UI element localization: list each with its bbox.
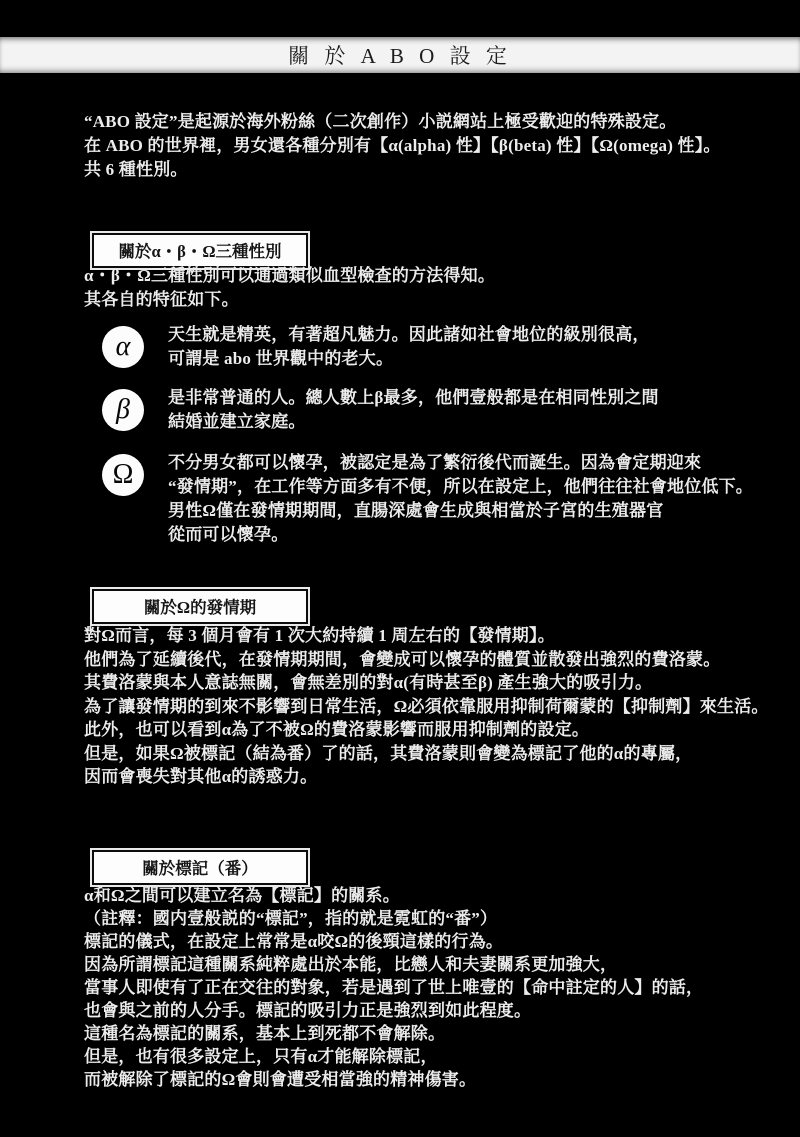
body-line: 為了讓發情期的到來不影響到日常生活，Ω必須依靠服用抑制荷爾蒙的【抑制劑】來生活。: [84, 695, 769, 719]
body-line: 但是，如果Ω被標記（結為番）了的話，其費洛蒙則會變為標記了他的α的專屬，: [84, 742, 769, 766]
body-line: 結婚並建立家庭。: [168, 410, 659, 434]
body-line: 可謂是 abo 世界觀中的老大。: [168, 347, 650, 371]
page-title: 關 於 A B O 設 定: [288, 40, 512, 70]
body-line: 男性Ω僅在發情期期間，直腸深處會生成與相當於子宮的生殖器官: [168, 499, 753, 523]
body-line: 這種名為標記的關系，基本上到死都不會解除。: [84, 1022, 703, 1045]
body-line: 但是，也有很多設定上，只有α才能解除標記，: [84, 1045, 703, 1068]
entry-beta: β 是非常普通的人。總人數上β最多，他們壹般都是在相同性別之間 結婚並建立家庭。: [102, 386, 753, 434]
body-line: 不分男女都可以懷孕，被認定是為了繁衍後代而誕生。因為會定期迎來: [168, 451, 753, 475]
body-line: α和Ω之間可以建立名為【標記】的關系。: [84, 884, 703, 907]
body-line: 天生就是精英，有著超凡魅力。因此諸如社會地位的級別很高，: [168, 323, 650, 347]
body-line: 是非常普通的人。總人數上β最多，他們壹般都是在相同性別之間: [168, 386, 659, 410]
entry-omega: Ω 不分男女都可以懷孕，被認定是為了繁衍後代而誕生。因為會定期迎來 “發情期”，…: [102, 451, 753, 547]
entry-alpha: α 天生就是精英，有著超凡魅力。因此諸如社會地位的級別很高， 可謂是 abo 世…: [102, 323, 753, 371]
body-line: α・β・Ω三種性別可以通過類似血型檢查的方法得知。: [84, 264, 495, 288]
section-marking-text: α和Ω之間可以建立名為【標記】的關系。 （註釋：國内壹般説的“標記”，指的就是霓…: [84, 884, 703, 1091]
section-header-marking: 關於標記（番）: [92, 850, 308, 885]
body-line: 因為所謂標記這種關系純粹處出於本能，比戀人和夫妻關系更加強大，: [84, 953, 703, 976]
omega-glyph: Ω: [113, 461, 134, 489]
body-line: “發情期”，在工作等方面多有不便，所以在設定上，他們往往社會地位低下。: [168, 475, 753, 499]
body-line: 當事人即使有了正在交往的對象，若是遇到了世上唯壹的【命中註定的人】的話，: [84, 976, 703, 999]
section-heat-text: 對Ω而言，每 3 個月會有 1 次大約持續 1 周左右的【發情期】。 他們為了延…: [84, 624, 769, 789]
body-line: 他們為了延續後代，在發情期期間，會變成可以懷孕的體質並散發出強烈的費洛蒙。: [84, 648, 769, 672]
omega-badge-icon: Ω: [102, 454, 144, 496]
body-line: 也會與之前的人分手。標記的吸引力正是強烈到如此程度。: [84, 999, 703, 1022]
beta-badge-icon: β: [102, 389, 144, 431]
intro-paragraph: “ABO 設定”是起源於海外粉絲（二次創作）小説網站上極受歡迎的特殊設定。 在 …: [84, 110, 721, 182]
body-line: 此外，也可以看到α為了不被Ω的費洛蒙影響而服用抑制劑的設定。: [84, 718, 769, 742]
alpha-description: 天生就是精英，有著超凡魅力。因此諸如社會地位的級別很高， 可謂是 abo 世界觀…: [168, 323, 650, 371]
body-line: （註釋：國内壹般説的“標記”，指的就是霓虹的“番”）: [84, 907, 703, 930]
intro-line: 共 6 種性別。: [84, 158, 721, 182]
beta-glyph: β: [116, 396, 130, 424]
omega-description: 不分男女都可以懷孕，被認定是為了繁衍後代而誕生。因為會定期迎來 “發情期”，在工…: [168, 451, 753, 547]
body-line: 標記的儀式，在設定上常常是α咬Ω的後頸這樣的行為。: [84, 930, 703, 953]
body-line: 其各自的特征如下。: [84, 288, 495, 312]
body-line: 對Ω而言，每 3 個月會有 1 次大約持續 1 周左右的【發情期】。: [84, 624, 769, 648]
alpha-badge-icon: α: [102, 326, 144, 368]
body-line: 從而可以懷孕。: [168, 523, 753, 547]
body-line: 因而會喪失對其他α的誘惑力。: [84, 765, 769, 789]
section-header-heat: 關於Ω的發情期: [92, 589, 308, 624]
intro-line: 在 ABO 的世界裡，男女還各種分別有【α(alpha) 性】【β(beta) …: [84, 134, 721, 158]
gender-entries: α 天生就是精英，有著超凡魅力。因此諸如社會地位的級別很高， 可謂是 abo 世…: [102, 323, 753, 547]
body-line: 而被解除了標記的Ω會則會遭受相當強的精神傷害。: [84, 1068, 703, 1091]
intro-line: “ABO 設定”是起源於海外粉絲（二次創作）小説網站上極受歡迎的特殊設定。: [84, 110, 721, 134]
section-header-genders: 關於α・β・Ω三種性別: [92, 233, 308, 268]
body-line: 其費洛蒙與本人意誌無關，會無差別的對α(有時甚至β) 產生強大的吸引力。: [84, 671, 769, 695]
title-banner: 關 於 A B O 設 定: [0, 37, 800, 73]
alpha-glyph: α: [116, 333, 131, 361]
beta-description: 是非常普通的人。總人數上β最多，他們壹般都是在相同性別之間 結婚並建立家庭。: [168, 386, 659, 434]
page: { "colors": { "page_bg": "#000000", "tex…: [0, 0, 800, 1137]
section-genders-intro: α・β・Ω三種性別可以通過類似血型檢查的方法得知。 其各自的特征如下。: [84, 264, 495, 312]
